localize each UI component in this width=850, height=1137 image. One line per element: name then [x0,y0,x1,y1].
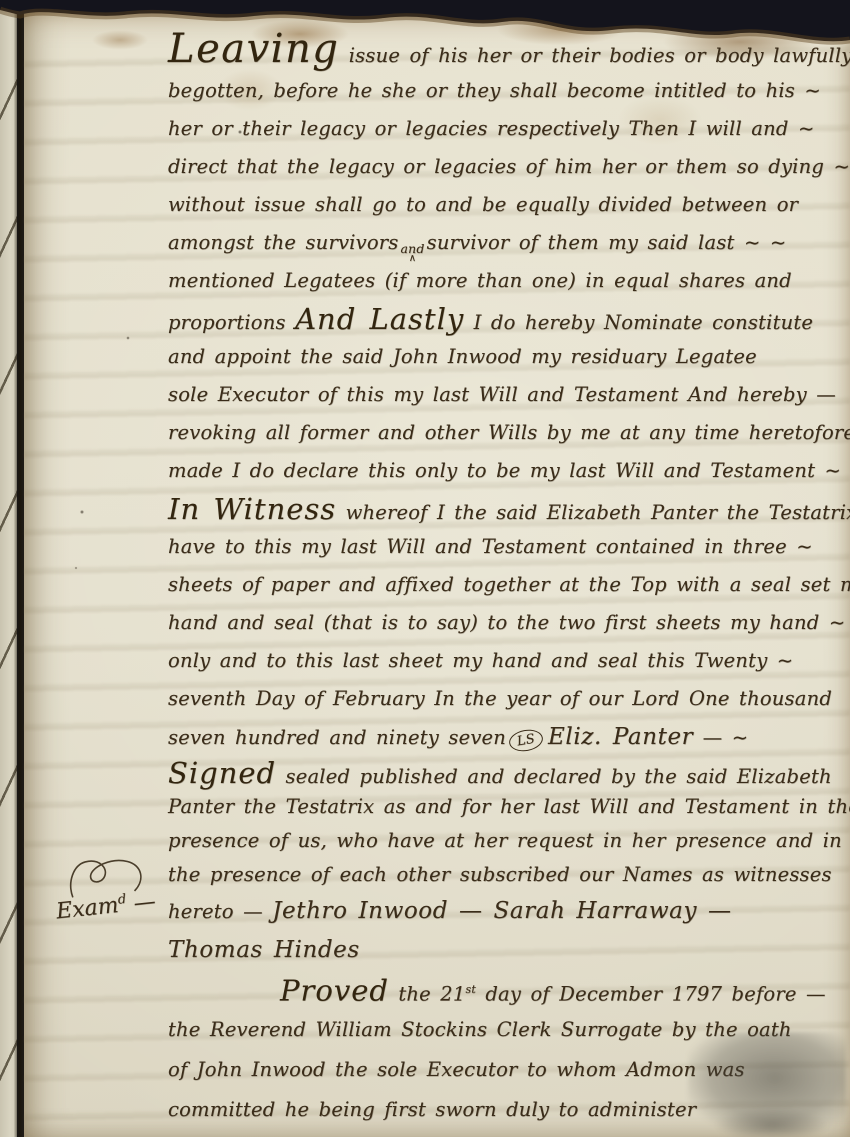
line-text: begotten, before he she or they shall be… [168,79,821,102]
manuscript-line: seven hundred and ninety sevenLSEliz. Pa… [168,718,848,756]
line-text: have to this my last Will and Testament … [168,535,813,558]
manuscript-text-block: Leaving issue of his her or their bodies… [168,20,848,1130]
line-text: I do hereby Nominate constitute [464,311,813,334]
testatrix-signature: Eliz. Panter [548,724,693,750]
line-text: — ~ [693,726,748,749]
line-text: seven hundred and ninety seven [168,726,506,749]
line-text: the Reverend William Stockins Clerk Surr… [168,1018,792,1041]
manuscript-line: of John Inwood the sole Executor to whom… [168,1050,848,1090]
manuscript-line: committed he being first sworn duly to a… [168,1090,848,1130]
manuscript-line: her or their legacy or legacies respecti… [168,110,848,148]
line-text: sheets of paper and affixed together at … [168,573,850,596]
line-text: revoking all former and other Wills by m… [168,421,850,444]
line-text: the presence of each other subscribed ou… [168,863,832,886]
line-text: mentioned Legatees (if more than one) in… [168,269,792,292]
flourish [62,845,157,906]
manuscript-line: presence of us, who have at her request … [168,824,848,858]
manuscript-line: sheets of paper and affixed together at … [168,566,848,604]
manuscript-line: proportions And Lastly I do hereby Nomin… [168,300,848,338]
manuscript-line: without issue shall go to and be equally… [168,186,848,224]
manuscript-line: direct that the legacy or legacies of hi… [168,148,848,186]
manuscript-line: begotten, before he she or they shall be… [168,72,848,110]
manuscript-line: mentioned Legatees (if more than one) in… [168,262,848,300]
line-text: only and to this last sheet my hand and … [168,649,793,672]
line-text: hereto — [168,900,272,923]
line-text: made I do declare this only to be my las… [168,459,841,482]
line-text: sole Executor of this my last Will and T… [168,383,836,406]
interlinear-insertion: and∧ [401,243,425,263]
line-text: survivor of them my said last ~ ~ [427,231,787,254]
manuscript-line: seventh Day of February In the year of o… [168,680,848,718]
manuscript-line: have to this my last Will and Testament … [168,528,848,566]
line-text: her or their legacy or legacies respecti… [168,117,815,140]
line-text: the 21 [389,983,466,1006]
line-text: amongst the survivors [168,231,399,254]
manuscript-line: Proved the 21st day of December 1797 bef… [168,970,848,1010]
manuscript-line: sole Executor of this my last Will and T… [168,376,848,414]
manuscript-line: hereto — Jethro Inwood — Sarah Harraway … [168,892,848,930]
witness-signatures: Jethro Inwood — Sarah Harraway — [272,898,731,924]
line-text: without issue shall go to and be equally… [168,193,798,216]
manuscript-line: the presence of each other subscribed ou… [168,858,848,892]
ordinal-suffix: st [466,983,476,996]
line-text: seventh Day of February In the year of o… [168,687,832,710]
line-text: committed he being first sworn duly to a… [168,1098,696,1121]
manuscript-line: the Reverend William Stockins Clerk Surr… [168,1010,848,1050]
manuscript-line: and appoint the said John Inwood my resi… [168,338,848,376]
line-text: whereof I the said Elizabeth Panter the … [336,501,850,524]
emphasis-words: And Lastly [295,302,464,336]
line-text: of John Inwood the sole Executor to whom… [168,1058,745,1081]
line-text: hand and seal (that is to say) to the tw… [168,611,845,634]
manuscript-line: In Witness whereof I the said Elizabeth … [168,490,848,528]
line-text: presence of us, who have at her request … [168,829,842,852]
manuscript-line: made I do declare this only to be my las… [168,452,848,490]
line-text: proportions [168,311,295,334]
line-text: day of December 1797 before — [476,983,826,1006]
line-text: Panter the Testatrix as and for her last… [168,795,850,818]
line-text: and appoint the said John Inwood my resi… [168,345,757,368]
manuscript-line: only and to this last sheet my hand and … [168,642,848,680]
manuscript-line: Panter the Testatrix as and for her last… [168,790,848,824]
manuscript-line: Signed sealed published and declared by … [168,756,848,790]
line-text: sealed published and declared by the sai… [276,765,832,788]
manuscript-line: amongst the survivorsand∧survivor of the… [168,224,848,262]
manuscript-line: revoking all former and other Wills by m… [168,414,848,452]
emphasis-words: Proved [280,974,389,1008]
page-top-edge [0,0,850,50]
line-text: direct that the legacy or legacies of hi… [168,155,850,178]
caret-mark: ∧ [409,254,417,263]
emphasis-words: In Witness [168,492,336,526]
manuscript-line: Thomas Hindes [168,930,848,970]
manuscript-line: hand and seal (that is to say) to the tw… [168,604,848,642]
seal-mark: LS [507,727,544,754]
manuscript-scene: Leaving issue of his her or their bodies… [0,0,850,1137]
witness-signature: Thomas Hindes [168,937,360,963]
emphasis-words: Signed [168,756,276,790]
